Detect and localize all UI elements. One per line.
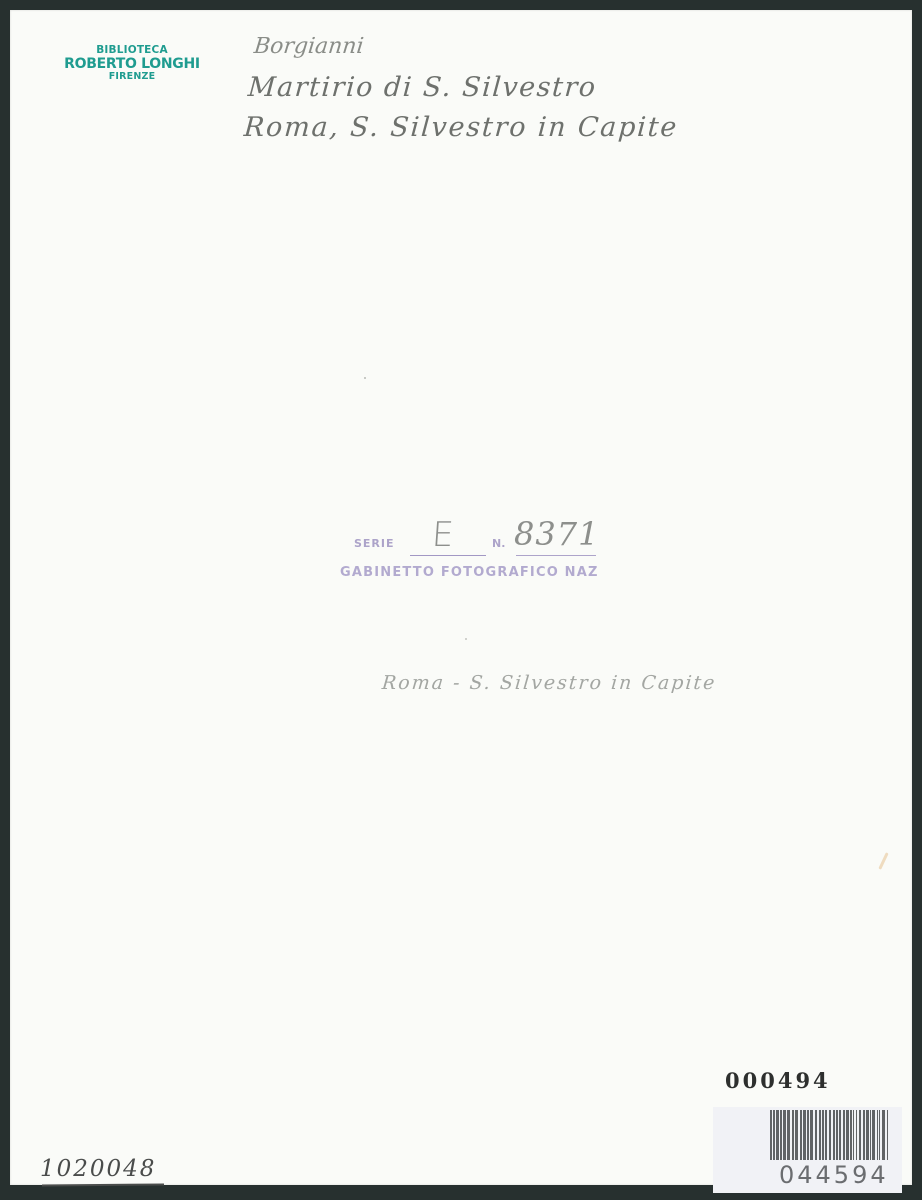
library-stamp-line3: FIRENZE xyxy=(62,72,202,83)
handwritten-caption: Roma - S. Silvestro in Capite xyxy=(381,672,717,694)
barcode-bars xyxy=(770,1110,888,1160)
nr-label: N. xyxy=(492,537,505,550)
handwritten-id-underline xyxy=(42,1183,164,1186)
inventory-number: 000494 xyxy=(725,1068,831,1093)
barcode-label: 044594 xyxy=(713,1107,902,1193)
serie-value: E xyxy=(431,515,455,555)
handwritten-id: 1020048 xyxy=(40,1156,156,1182)
paper-speck xyxy=(364,377,366,379)
serie-underline xyxy=(410,555,486,556)
paper-speck xyxy=(465,638,467,640)
serie-label: SERIE xyxy=(354,537,395,550)
paper-stain xyxy=(878,852,888,870)
barcode-number: 044594 xyxy=(779,1161,889,1189)
nr-underline xyxy=(516,555,596,556)
barcode-bar xyxy=(887,1110,888,1160)
archive-stamp: SERIE E N. 8371 GABINETTO FOTOGRAFICO NA… xyxy=(340,515,630,555)
library-stamp-line1: BIBLIOTECA xyxy=(62,44,202,56)
library-stamp-line2: ROBERTO LONGHI xyxy=(62,56,202,72)
library-stamp: BIBLIOTECA ROBERTO LONGHI FIRENZE xyxy=(62,44,202,83)
institution-stamp-text: GABINETTO FOTOGRAFICO NAZ xyxy=(340,565,630,580)
handwritten-place: Roma, S. Silvestro in Capite xyxy=(243,112,679,143)
handwritten-artist: Borgianni xyxy=(253,34,365,59)
handwritten-title: Martirio di S. Silvestro xyxy=(247,72,598,103)
nr-value: 8371 xyxy=(514,515,599,553)
photo-verso-paper: BIBLIOTECA ROBERTO LONGHI FIRENZE Borgia… xyxy=(10,10,912,1185)
